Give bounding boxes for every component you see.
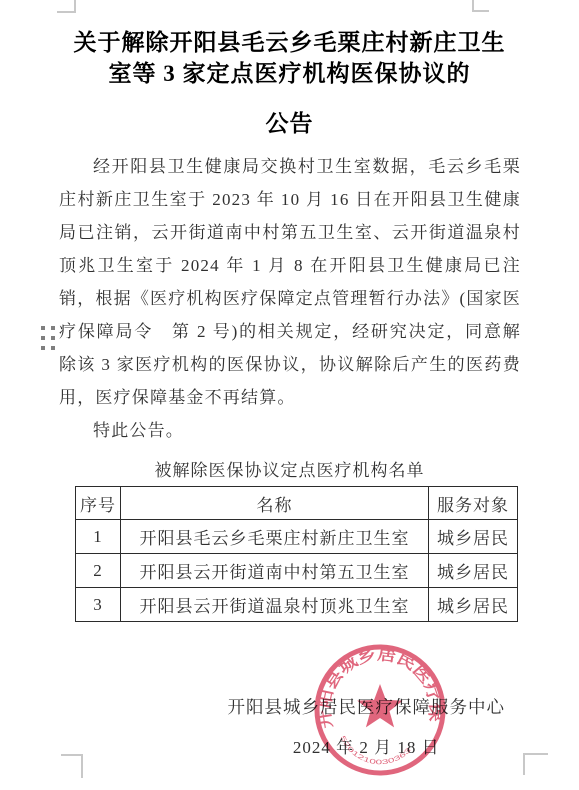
cell-name: 开阳县云开街道南中村第五卫生室 bbox=[121, 554, 429, 588]
grip-dot bbox=[51, 336, 55, 340]
title-line-1: 关于解除开阳县毛云乡毛栗庄村新庄卫生 bbox=[38, 27, 541, 58]
signature-date: 2024 年 2 月 18 日 bbox=[228, 733, 506, 758]
grip-dot bbox=[51, 346, 55, 350]
cell-name: 开阳县云开街道温泉村顶兆卫生室 bbox=[121, 588, 429, 622]
table-row: 1 开阳县毛云乡毛栗庄村新庄卫生室 城乡居民 bbox=[76, 520, 518, 554]
table-row: 2 开阳县云开街道南中村第五卫生室 城乡居民 bbox=[76, 554, 518, 588]
header-name: 名称 bbox=[121, 487, 429, 520]
grip-dot bbox=[41, 326, 45, 330]
table-row: 3 开阳县云开街道温泉村顶兆卫生室 城乡居民 bbox=[76, 588, 518, 622]
cell-serial: 2 bbox=[76, 554, 121, 588]
text-boundary-mark-bottom-left bbox=[61, 754, 83, 778]
header-serial-number: 序号 bbox=[76, 487, 121, 520]
cell-name: 开阳县毛云乡毛栗庄村新庄卫生室 bbox=[121, 520, 429, 554]
signature-organization: 开阳县城乡居民医疗保障服务中心 bbox=[228, 694, 506, 719]
table-caption: 被解除医保协议定点医疗机构名单 bbox=[0, 456, 579, 481]
text-boundary-mark-bottom-right bbox=[523, 753, 548, 775]
body-paragraph-1: 经开阳县卫生健康局交换村卫生室数据，毛云乡毛栗庄村新庄卫生室于 2023 年 1… bbox=[59, 150, 521, 414]
grip-dot bbox=[41, 336, 45, 340]
institutions-table: 序号 名称 服务对象 1 开阳县毛云乡毛栗庄村新庄卫生室 城乡居民 2 开阳县云… bbox=[75, 486, 518, 622]
grip-dot bbox=[51, 326, 55, 330]
table-header-row: 序号 名称 服务对象 bbox=[76, 487, 518, 520]
text-boundary-mark-top-left bbox=[57, 0, 76, 13]
title-line-2: 室等 3 家定点医疗机构医保协议的 bbox=[38, 58, 541, 89]
header-service-target: 服务对象 bbox=[429, 487, 518, 520]
grip-dot bbox=[41, 346, 45, 350]
body-text: 经开阳县卫生健康局交换村卫生室数据，毛云乡毛栗庄村新庄卫生室于 2023 年 1… bbox=[59, 150, 521, 447]
signature-block: 开阳县城乡居民医疗保障服务中心 2024 年 2 月 18 日 bbox=[228, 694, 506, 758]
cell-service: 城乡居民 bbox=[429, 588, 518, 622]
text-boundary-mark-top-right bbox=[472, 0, 489, 12]
cell-service: 城乡居民 bbox=[429, 554, 518, 588]
drag-grip-icon[interactable] bbox=[41, 326, 55, 350]
title-line-3: 公告 bbox=[38, 108, 541, 139]
document-title: 关于解除开阳县毛云乡毛栗庄村新庄卫生 室等 3 家定点医疗机构医保协议的 公告 bbox=[38, 27, 541, 139]
announcement-page: 关于解除开阳县毛云乡毛栗庄村新庄卫生 室等 3 家定点医疗机构医保协议的 公告 … bbox=[0, 0, 579, 790]
cell-service: 城乡居民 bbox=[429, 520, 518, 554]
cell-serial: 3 bbox=[76, 588, 121, 622]
cell-serial: 1 bbox=[76, 520, 121, 554]
body-paragraph-2: 特此公告。 bbox=[59, 414, 521, 447]
